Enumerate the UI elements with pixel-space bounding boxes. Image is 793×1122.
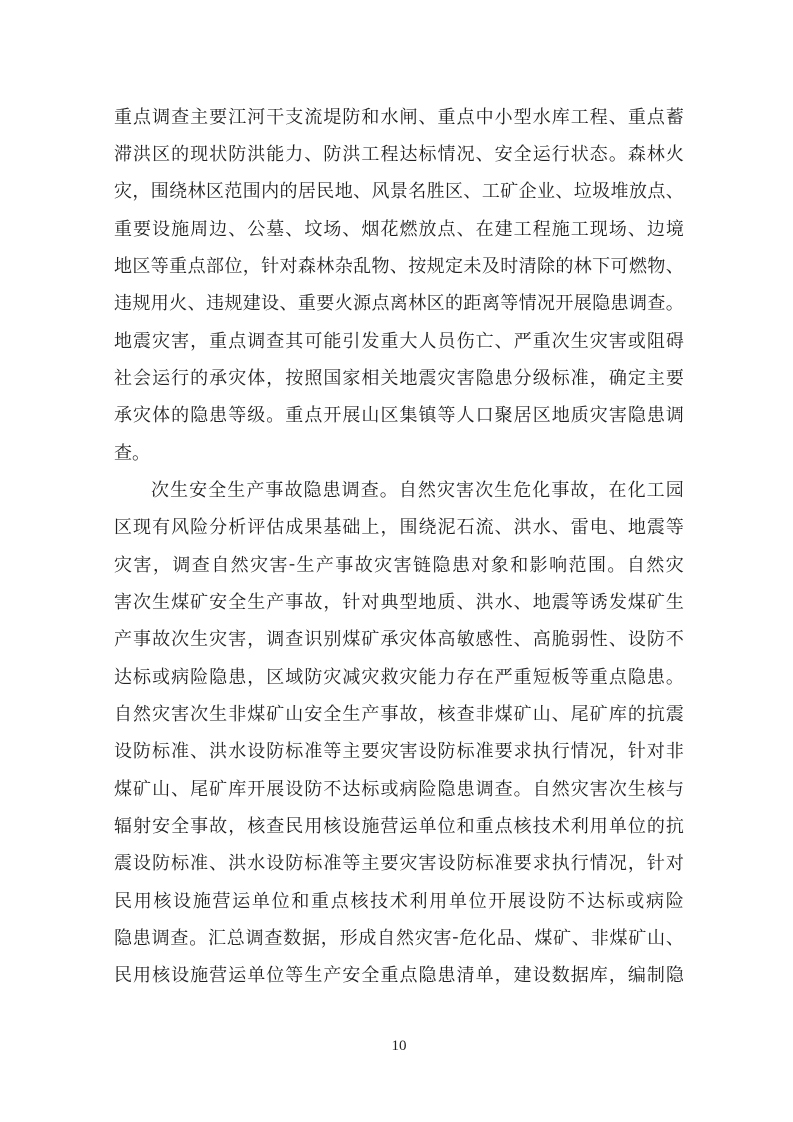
page-number: 10 <box>114 1038 684 1055</box>
text-line: 达标或病险隐患，区域防灾减灾救灾能力存在严重短板等重点隐患。 <box>114 657 684 694</box>
text-line: 震设防标准、洪水设防标准等主要灾害设防标准要求执行情况，针对 <box>114 844 684 881</box>
text-line: 灾害，调查自然灾害-生产事故灾害链隐患对象和影响范围。自然灾 <box>114 545 684 582</box>
document-page: 重点调查主要江河干支流堤防和水闸、重点中小型水库工程、重点蓄滞洪区的现状防洪能力… <box>0 0 793 1122</box>
text-line: 重点调查主要江河干支流堤防和水闸、重点中小型水库工程、重点蓄 <box>114 97 684 134</box>
text-line: 煤矿山、尾矿库开展设防不达标或病险隐患调查。自然灾害次生核与 <box>114 769 684 806</box>
text-line: 查。 <box>114 433 684 470</box>
text-line: 地震灾害，重点调查其可能引发重大人员伤亡、严重次生灾害或阻碍 <box>114 321 684 358</box>
text-line: 民用核设施营运单位和重点核技术利用单位开展设防不达标或病险 <box>114 881 684 918</box>
text-line: 隐患调查。汇总调查数据，形成自然灾害-危化品、煤矿、非煤矿山、 <box>114 918 684 955</box>
text-line: 产事故次生灾害，调查识别煤矿承灾体高敏感性、高脆弱性、设防不 <box>114 620 684 657</box>
text-line: 次生安全生产事故隐患调查。自然灾害次生危化事故，在化工园 <box>114 470 684 507</box>
text-line: 害次生煤矿安全生产事故，针对典型地质、洪水、地震等诱发煤矿生 <box>114 582 684 619</box>
text-line: 滞洪区的现状防洪能力、防洪工程达标情况、安全运行状态。森林火 <box>114 134 684 171</box>
text-line: 辐射安全事故，核查民用核设施营运单位和重点核技术利用单位的抗 <box>114 806 684 843</box>
text-line: 区现有风险分析评估成果基础上，围绕泥石流、洪水、雷电、地震等 <box>114 508 684 545</box>
document-body: 重点调查主要江河干支流堤防和水闸、重点中小型水库工程、重点蓄滞洪区的现状防洪能力… <box>114 97 684 993</box>
text-line: 重要设施周边、公墓、坟场、烟花燃放点、在建工程施工现场、边境 <box>114 209 684 246</box>
text-line: 违规用火、违规建设、重要火源点离林区的距离等情况开展隐患调查。 <box>114 284 684 321</box>
text-line: 社会运行的承灾体，按照国家相关地震灾害隐患分级标准，确定主要 <box>114 358 684 395</box>
text-line: 地区等重点部位，针对森林杂乱物、按规定未及时清除的林下可燃物、 <box>114 246 684 283</box>
text-line: 民用核设施营运单位等生产安全重点隐患清单，建设数据库，编制隐 <box>114 956 684 993</box>
text-line: 承灾体的隐患等级。重点开展山区集镇等人口聚居区地质灾害隐患调 <box>114 396 684 433</box>
text-line: 灾，围绕林区范围内的居民地、风景名胜区、工矿企业、垃圾堆放点、 <box>114 172 684 209</box>
text-line: 自然灾害次生非煤矿山安全生产事故，核查非煤矿山、尾矿库的抗震 <box>114 694 684 731</box>
text-line: 设防标准、洪水设防标准等主要灾害设防标准要求执行情况，针对非 <box>114 732 684 769</box>
